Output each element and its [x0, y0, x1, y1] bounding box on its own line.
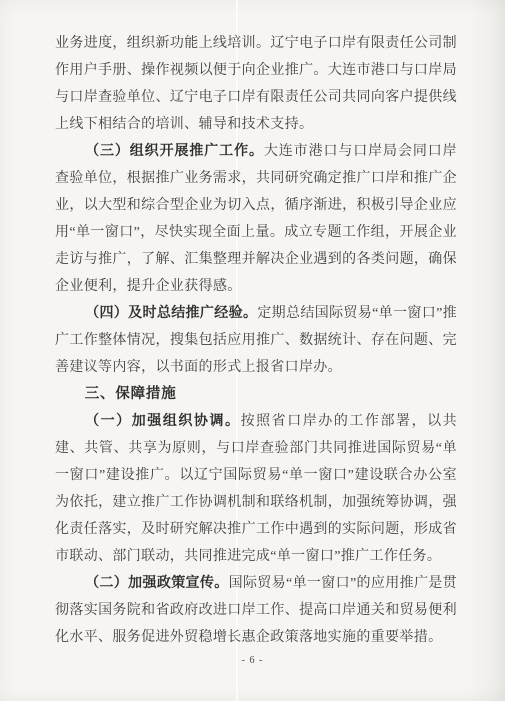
paragraph-measure-2: （二）加强政策宣传。国际贸易“单一窗口”的应用推广是贯彻落实国务院和省政府改进口… — [55, 570, 457, 651]
page-number: - 6 - — [0, 655, 505, 666]
paragraph-text: 业务进度，组织新功能上线培训。辽宁电子口岸有限责任公司制作用户手册、操作视频以便… — [55, 36, 457, 132]
paragraph-lead: （一）加强组织协调。 — [85, 414, 240, 429]
paragraph-text: 按照省口岸办的工作部署，以共建、共管、共享为原则，与口岸查验部门共同推进国际贸易… — [55, 414, 457, 564]
section-heading-safeguards: 三、保障措施 — [55, 381, 457, 408]
paragraph-section-3: （三）组织开展推广工作。大连市港口与口岸局会同口岸查验单位，根据推广业务需求，共… — [55, 138, 457, 300]
scan-edge-shadow — [467, 0, 505, 701]
paragraph-lead: （三）组织开展推广工作。 — [85, 144, 264, 159]
paragraph-continuation: 业务进度，组织新功能上线培训。辽宁电子口岸有限责任公司制作用户手册、操作视频以便… — [55, 30, 457, 138]
paragraph-lead: （二）加强政策宣传。 — [85, 576, 229, 591]
paragraph-measure-1: （一）加强组织协调。按照省口岸办的工作部署，以共建、共管、共享为原则，与口岸查验… — [55, 408, 457, 570]
paragraph-text: 大连市港口与口岸局会同口岸查验单位，根据推广业务需求，共同研究确定推广口岸和推广… — [55, 144, 457, 294]
document-page: 业务进度，组织新功能上线培训。辽宁电子口岸有限责任公司制作用户手册、操作视频以便… — [0, 0, 505, 701]
document-content: 业务进度，组织新功能上线培训。辽宁电子口岸有限责任公司制作用户手册、操作视频以便… — [55, 30, 457, 651]
paragraph-section-4: （四）及时总结推广经验。定期总结国际贸易“单一窗口”推广工作整体情况，搜集包括应… — [55, 300, 457, 381]
paragraph-lead: （四）及时总结推广经验。 — [85, 306, 257, 321]
